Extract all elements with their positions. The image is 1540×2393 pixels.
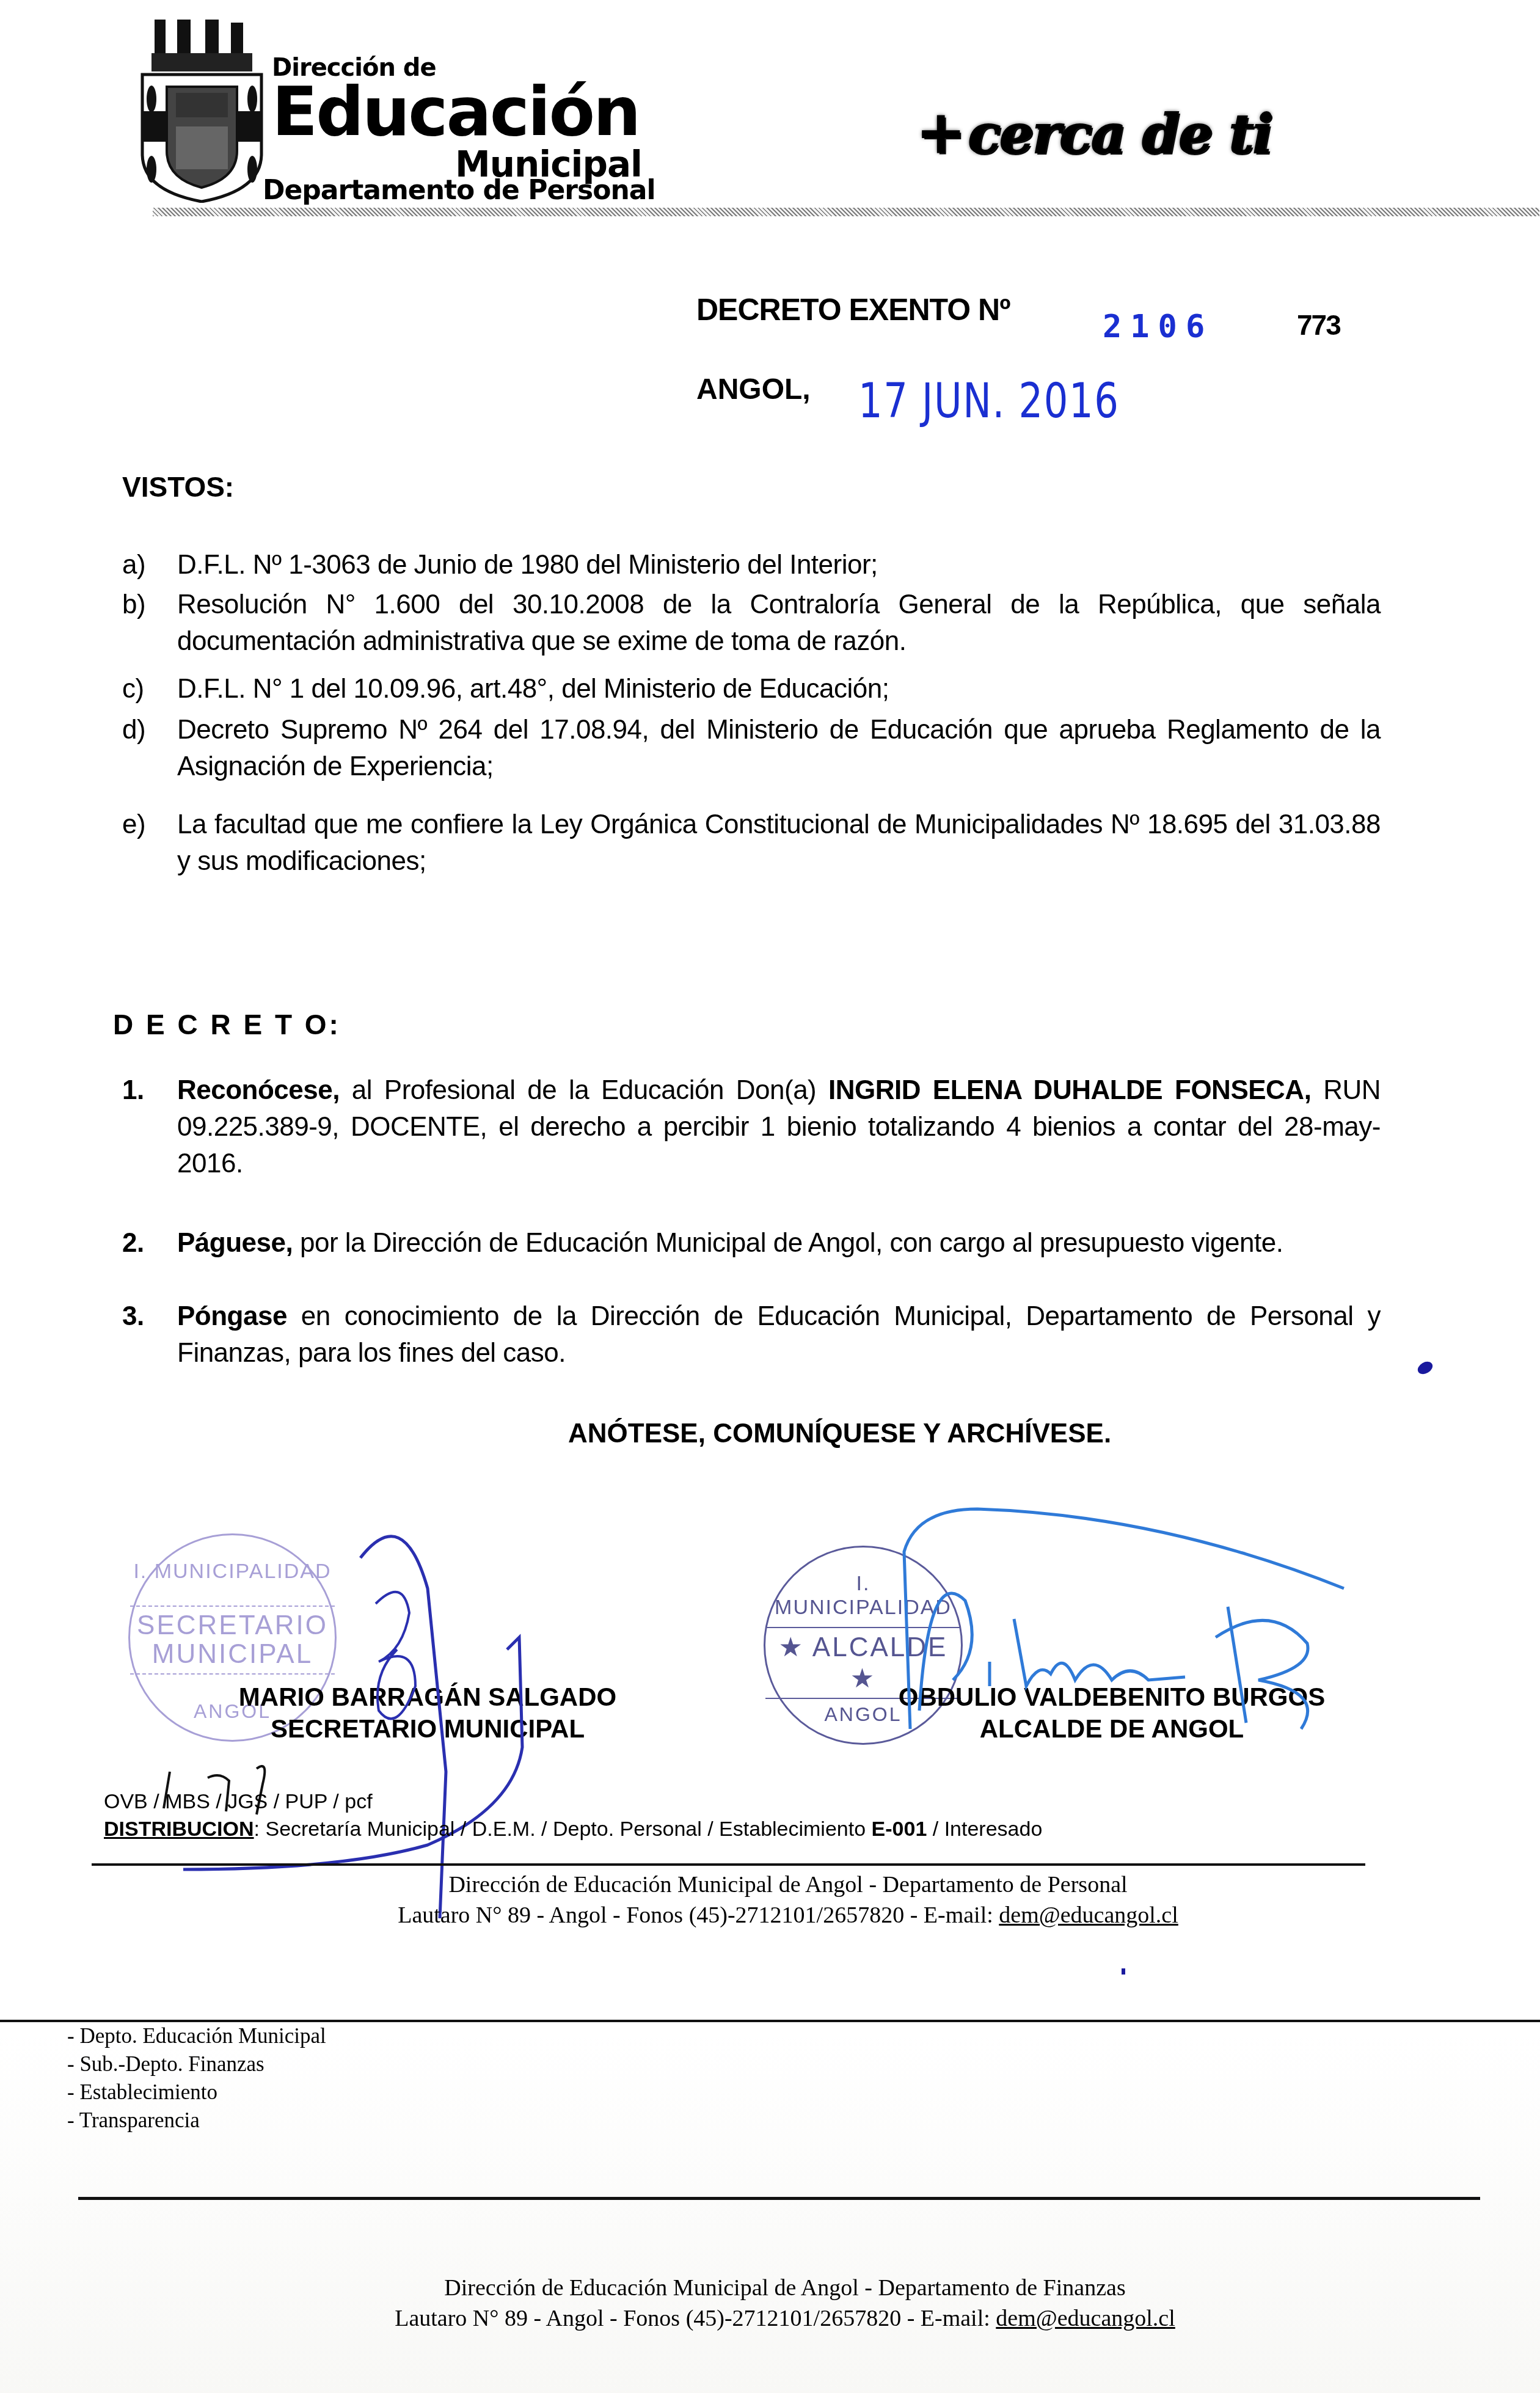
distribution-tail: / Interesado xyxy=(927,1818,1042,1841)
distribution-label: DISTRIBUCION xyxy=(104,1818,254,1841)
distribution-list-item: - Transparencia xyxy=(67,2106,326,2135)
footer-personal-line1: Dirección de Educación Municipal de Ango… xyxy=(232,1869,1344,1900)
footer-finanzas-line1: Dirección de Educación Municipal de Ango… xyxy=(281,2273,1289,2303)
distribution-list: - Depto. Educación Municipal - Sub.-Dept… xyxy=(67,2022,326,2135)
footer-finanzas-line2: Lautaro N° 89 - Angol - Fonos (45)-27121… xyxy=(395,2306,996,2331)
footer-personal-line2: Lautaro N° 89 - Angol - Fonos (45)-27121… xyxy=(398,1902,999,1928)
distribution-text: : Secretaría Municipal / D.E.M. / Depto.… xyxy=(254,1818,872,1841)
footer-finanzas-email-link[interactable]: dem@educangol.cl xyxy=(996,2306,1175,2331)
footer-personal-email-link[interactable]: dem@educangol.cl xyxy=(999,1902,1178,1928)
distribution-list-item: - Establecimiento xyxy=(67,2078,326,2106)
distribution-list-item: - Sub.-Depto. Finanzas xyxy=(67,2050,326,2078)
distribution-line: DISTRIBUCION: Secretaría Municipal / D.E… xyxy=(104,1818,1042,1841)
distribution-list-item: - Depto. Educación Municipal xyxy=(67,2022,326,2050)
footer-rule-finanzas xyxy=(78,2197,1480,2200)
establishment-code: E-001 xyxy=(872,1818,927,1841)
handwritten-signatures xyxy=(0,0,1540,2016)
initials-line: OVB / MBS / JGS / PUP / pcf xyxy=(104,1790,373,1814)
ink-dot xyxy=(1122,1968,1125,1975)
footer-rule-personal xyxy=(92,1863,1365,1866)
footer-finanzas: Dirección de Educación Municipal de Ango… xyxy=(281,2273,1289,2334)
footer-personal: Dirección de Educación Municipal de Ango… xyxy=(232,1869,1344,1931)
